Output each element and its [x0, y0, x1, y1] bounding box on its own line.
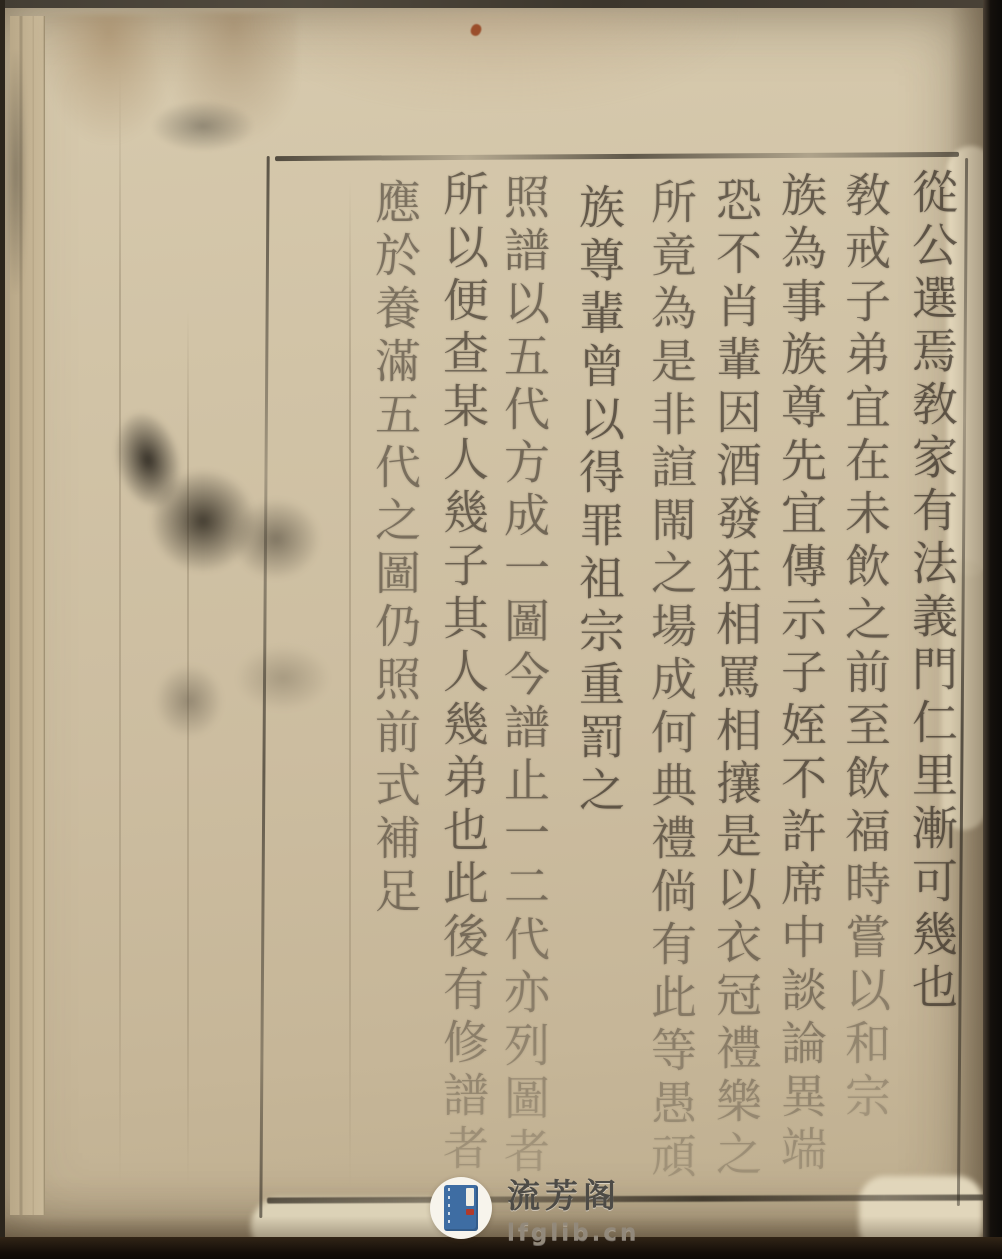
- watermark-site-name: 流芳阁: [507, 1170, 639, 1217]
- book-stitching: [448, 1188, 450, 1228]
- text-column-7: 照譜以五代方成一圖今譜止一二代亦列圖者: [491, 173, 557, 1180]
- scan-edge-right: [983, 0, 1002, 1259]
- scan-edge-left: [0, 0, 5, 1259]
- water-stain: [157, 12, 297, 148]
- book-red-seal: [466, 1209, 474, 1215]
- text-column-5: 所竟為是非諠閙之場成何典禮倘有此等愚頑: [638, 178, 704, 1185]
- watermark-circle: [430, 1177, 492, 1239]
- red-speck-stain: [469, 22, 483, 37]
- ink-blot: [231, 498, 321, 580]
- site-watermark: 流芳阁 lfglib.cn: [430, 1170, 639, 1246]
- text-column-3: 族為事族尊先宜傳示子姪不許席中談論異端: [768, 171, 834, 1178]
- text-column-8: 所以便查某人幾子其人幾弟也此後有修譜者: [430, 170, 496, 1177]
- text-column-2: 敎戒子弟宜在未飲之前至飲福時嘗以和宗: [832, 171, 898, 1125]
- text-column-1: 從公選焉敎家有法義門仁里漸可幾也: [899, 168, 965, 1016]
- scanned-page-paper: 從公選焉敎家有法義門仁里漸可幾也 敎戒子弟宜在未飲之前至飲福時嘗以和宗 族為事族…: [5, 8, 983, 1237]
- water-stain: [39, 14, 179, 142]
- text-column-9: 應於養滿五代之圖仍照前式補足: [362, 178, 428, 920]
- scan-edge-top: [0, 0, 1002, 8]
- paper-crease: [187, 308, 189, 1188]
- water-stain: [255, 12, 735, 107]
- ink-smudge: [151, 100, 255, 152]
- text-column-4: 恐不肖輩因酒發狂相罵相攘是以衣冠禮樂之: [703, 176, 769, 1183]
- ink-smudge: [237, 646, 329, 710]
- watermark-text: 流芳阁 lfglib.cn: [507, 1170, 639, 1246]
- book-title-label: [466, 1188, 474, 1206]
- ink-smudge: [155, 664, 223, 738]
- text-column-6: 族尊輩曾以得罪祖宗重罰之: [566, 183, 632, 819]
- paper-crease: [119, 68, 121, 1188]
- ink-blot: [151, 470, 255, 572]
- frame-border-top: [275, 152, 959, 161]
- watermark-site-url: lfglib.cn: [507, 1220, 639, 1246]
- page-binding-edge: [10, 16, 45, 1215]
- paper-crease: [349, 178, 351, 1188]
- frame-border-left: [259, 156, 269, 1218]
- stitched-book-icon: [444, 1185, 478, 1231]
